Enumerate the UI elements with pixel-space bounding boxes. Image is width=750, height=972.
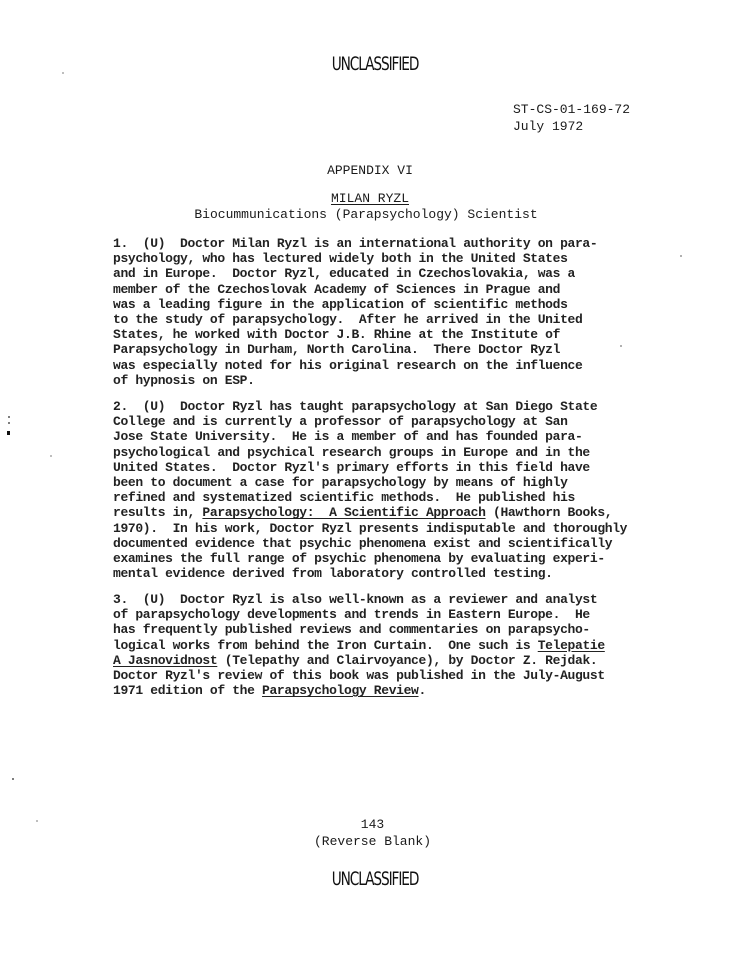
- paragraph-3-line7-prefix: 1971 edition of the: [113, 683, 262, 698]
- journal-title: Parapsychology Review: [262, 683, 418, 698]
- classification-marking-top: UNCLASSIFIED: [105, 53, 645, 75]
- subject-title: Biocummunications (Parapsychology) Scien…: [0, 207, 736, 222]
- paragraph-2-title-prefix: results in,: [113, 505, 202, 520]
- scan-speck: [7, 431, 10, 435]
- scan-speck: [50, 455, 52, 457]
- book-title-jasnovidnost: A Jasnovidnost: [113, 653, 217, 668]
- document-date: July 1972: [513, 118, 630, 135]
- paragraph-2-text-before: 2. (U) Doctor Ryzl has taught parapsycho…: [113, 399, 597, 505]
- paragraph-2: 2. (U) Doctor Ryzl has taught parapsycho…: [113, 399, 627, 581]
- subject-name-line: MILAN RYZL: [0, 191, 740, 206]
- scan-speck: [62, 72, 64, 74]
- paragraph-3-line5-suffix: (Telepathy and Clairvoyance), by Doctor …: [217, 653, 597, 668]
- document-reference: ST-CS-01-169-72July 1972: [513, 101, 630, 135]
- paragraph-1: 1. (U) Doctor Milan Ryzl is an internati…: [113, 236, 597, 388]
- scan-speck: [680, 255, 682, 257]
- paragraph-3-line7-suffix: .: [419, 683, 426, 698]
- subject-name: MILAN RYZL: [331, 191, 409, 206]
- paragraph-2-text-after: 1970). In his work, Doctor Ryzl presents…: [113, 521, 627, 582]
- scan-speck: [36, 820, 38, 822]
- scan-speck: [8, 422, 10, 424]
- appendix-heading: APPENDIX VI: [0, 163, 740, 178]
- reference-number: ST-CS-01-169-72: [513, 101, 630, 118]
- page-number: 143: [0, 816, 745, 833]
- scan-speck: [12, 778, 14, 780]
- scan-speck: [620, 345, 622, 347]
- paragraph-3: 3. (U) Doctor Ryzl is also well-known as…: [113, 592, 605, 698]
- scan-speck: [8, 416, 10, 418]
- book-title-telepatie: Telepatie: [538, 638, 605, 653]
- classification-marking-bottom: UNCLASSIFIED: [105, 868, 645, 890]
- paragraph-3-text-before: 3. (U) Doctor Ryzl is also well-known as…: [113, 592, 597, 637]
- page-footer: 143(Reverse Blank): [0, 816, 745, 850]
- paragraph-2-title-suffix: (Hawthorn Books,: [486, 505, 613, 520]
- paragraph-3-line6: Doctor Ryzl's review of this book was pu…: [113, 668, 605, 683]
- paragraph-3-line4-prefix: logical works from behind the Iron Curta…: [113, 638, 538, 653]
- page-note: (Reverse Blank): [0, 833, 745, 850]
- book-title-parapsychology: Parapsychology: A Scientific Approach: [202, 505, 485, 520]
